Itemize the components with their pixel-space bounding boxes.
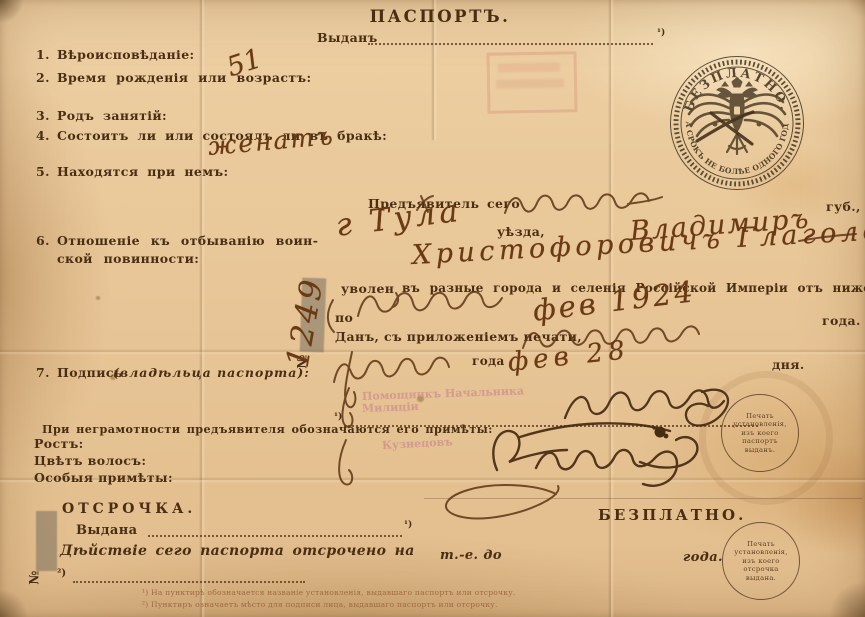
hw-oval-loop <box>446 485 559 518</box>
stamp-bottom-arc-text: НА СРОКЪ НЕ БОЛѢЕ ОДНОГО ГОДА. <box>0 0 790 176</box>
signature-2 <box>493 423 697 485</box>
ink-blot <box>652 426 668 438</box>
ink-and-stamp-overlay: БЕЗПЛАТНО. НА СРОКЪ НЕ БОЛѢЕ ОДНОГО ГОДА… <box>0 0 865 617</box>
handwriting-strokes <box>328 193 856 518</box>
hw-dan-line-flourish <box>523 326 699 348</box>
hw-po-line-flourish <box>328 292 502 332</box>
hw-place-flourish <box>505 193 662 213</box>
passport-document: ПАСПОРТЪ. Выданъ ¹) 1. Вѣроисповѣданіе: … <box>0 0 865 617</box>
free-stamp: БЕЗПЛАТНО. НА СРОКЪ НЕ БОЛѢЕ ОДНОГО ГОДА… <box>0 0 804 190</box>
hw-surname-dash <box>799 234 856 241</box>
hw-year-line-flourish <box>334 352 449 407</box>
svg-text:НА СРОКЪ НЕ БОЛѢЕ ОДНОГО ГОДА.: НА СРОКЪ НЕ БОЛѢЕ ОДНОГО ГОДА. <box>0 0 790 176</box>
signatures <box>493 390 728 486</box>
hw-presenter-mark <box>417 196 433 212</box>
signature-1 <box>565 390 728 426</box>
